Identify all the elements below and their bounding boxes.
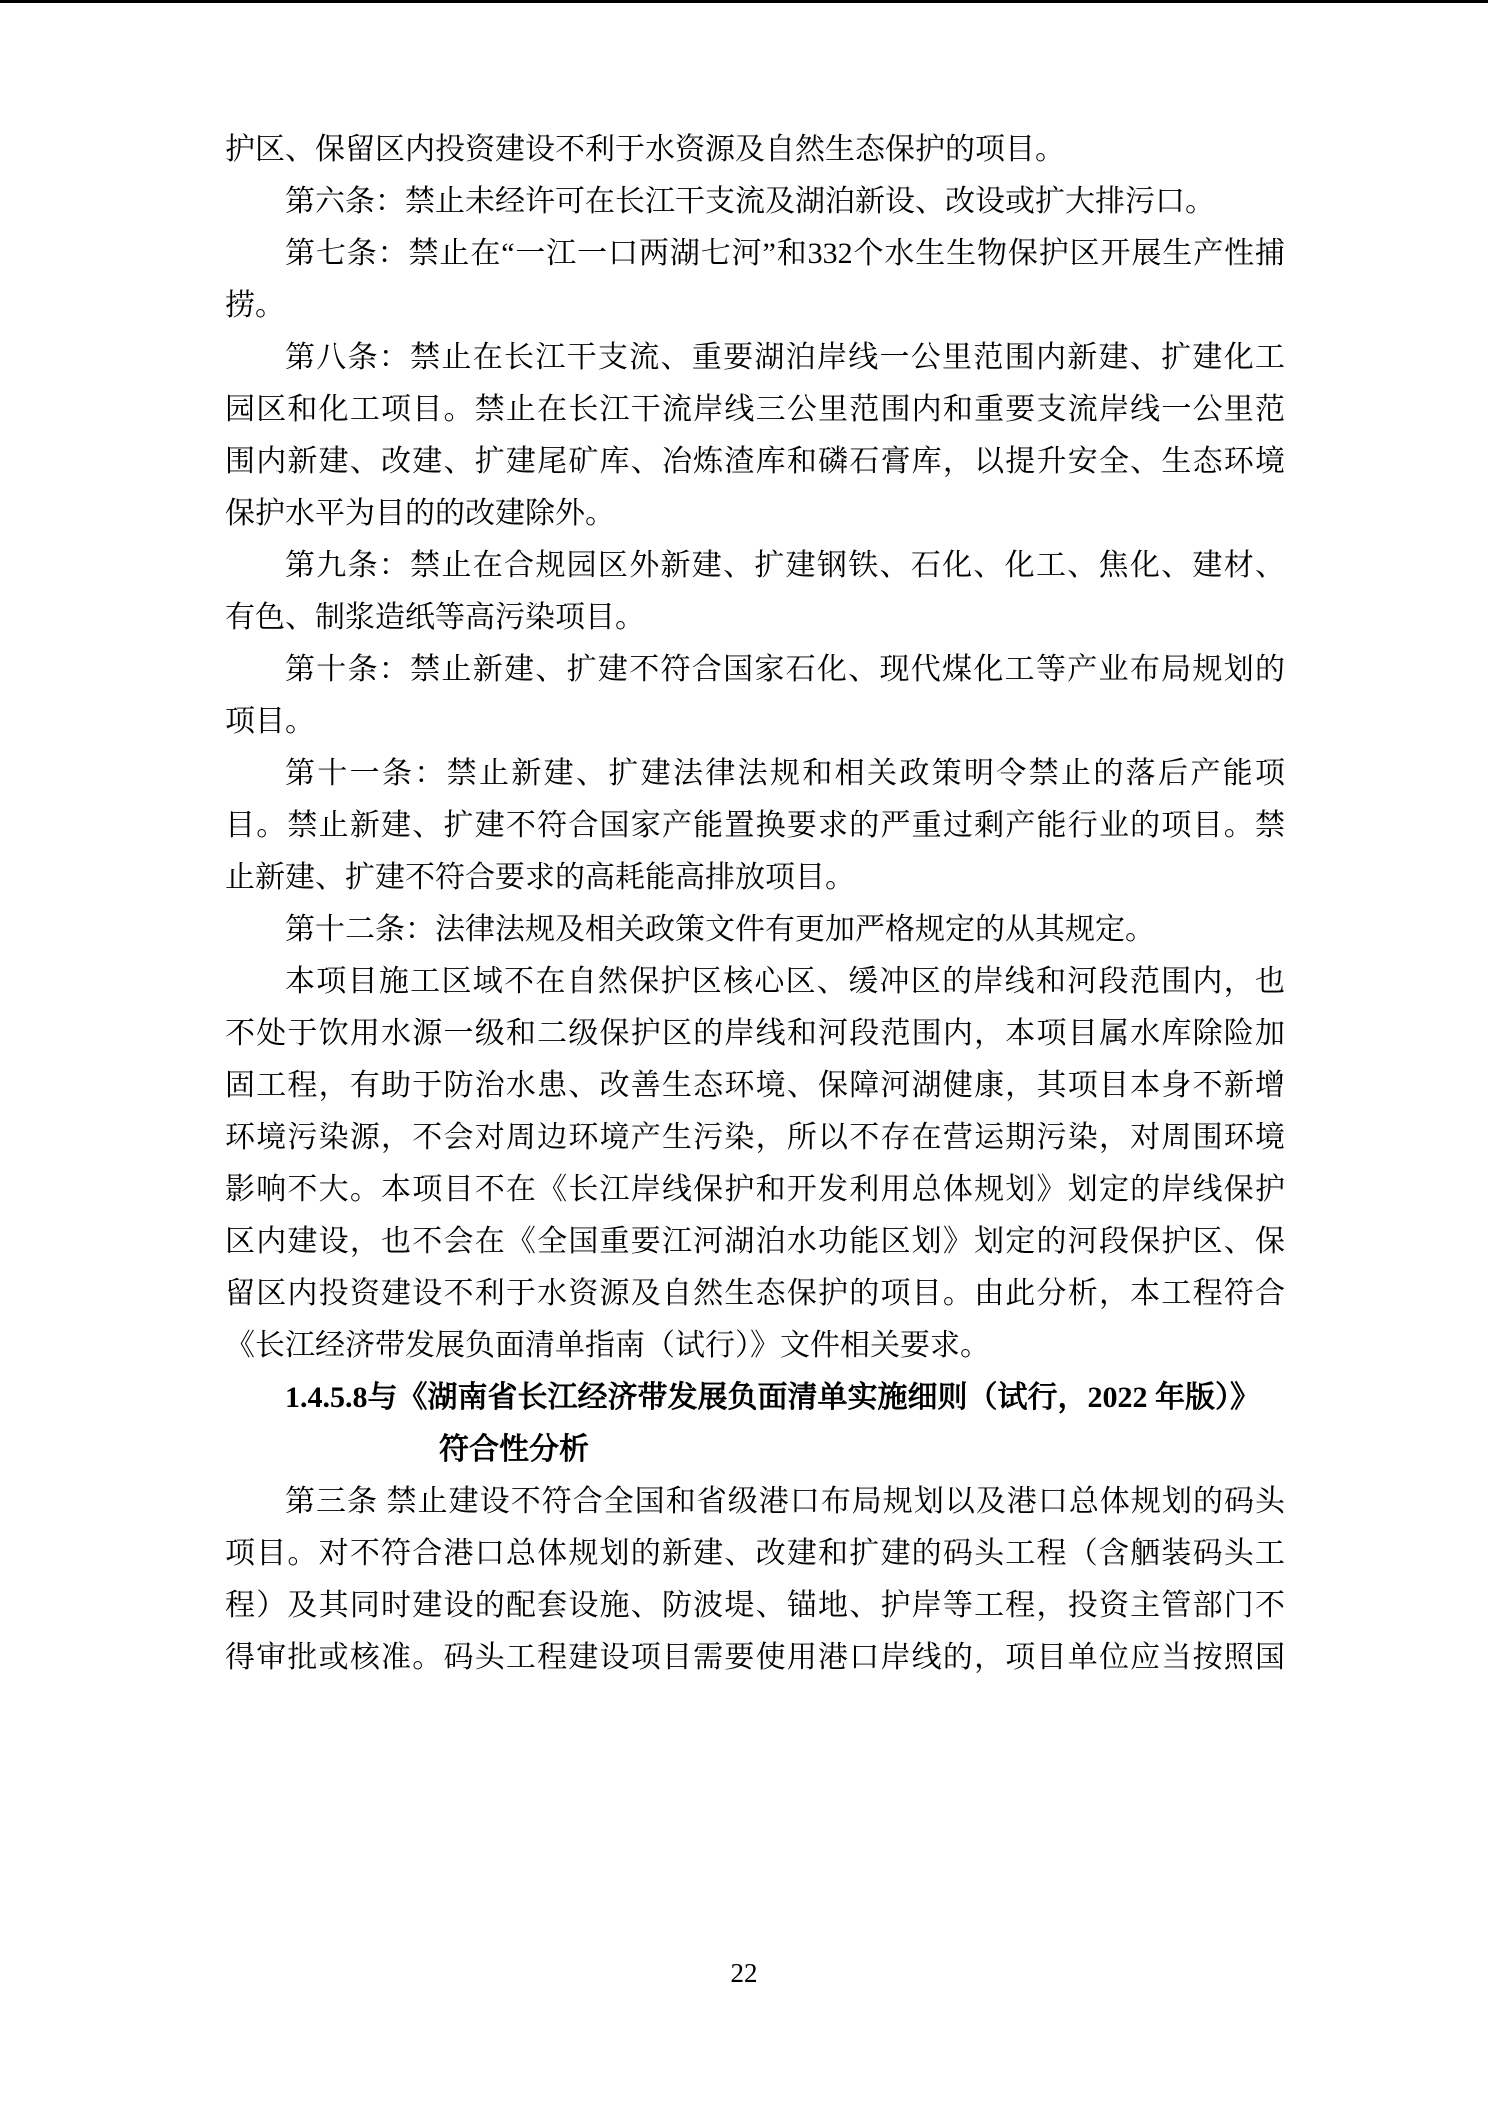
text-line: 区内建设，也不会在《全国重要江河湖泊水功能区划》划定的河段保护区、保 (225, 1216, 1285, 1268)
text-line: 影响不大。本项目不在《长江岸线保护和开发利用总体规划》划定的岸线保护 (225, 1164, 1285, 1216)
text-line: 第十二条：法律法规及相关政策文件有更加严格规定的从其规定。 (225, 904, 1285, 956)
text-line: 捞。 (225, 280, 1285, 332)
text-line: 1.4.5.8与《湖南省长江经济带发展负面清单实施细则（试行，2022 年版）》 (225, 1372, 1285, 1424)
text-line: 得审批或核准。码头工程建设项目需要使用港口岸线的，项目单位应当按照国 (225, 1632, 1285, 1684)
text-line: 第九条：禁止在合规园区外新建、扩建钢铁、石化、化工、焦化、建材、 (225, 540, 1285, 592)
text-line: 第十一条：禁止新建、扩建法律法规和相关政策明令禁止的落后产能项 (225, 748, 1285, 800)
text-line: 固工程，有助于防治水患、改善生态环境、保障河湖健康，其项目本身不新增 (225, 1060, 1285, 1112)
text-line: 保护水平为目的的改建除外。 (225, 488, 1285, 540)
text-line: 不处于饮用水源一级和二级保护区的岸线和河段范围内，本项目属水库除险加 (225, 1008, 1285, 1060)
text-line: 第六条：禁止未经许可在长江干支流及湖泊新设、改设或扩大排污口。 (225, 176, 1285, 228)
text-line: 程）及其同时建设的配套设施、防波堤、锚地、护岸等工程，投资主管部门不 (225, 1580, 1285, 1632)
text-line: 符合性分析 (439, 1424, 1488, 1476)
text-line: 有色、制浆造纸等高污染项目。 (225, 592, 1285, 644)
page-number: 22 (0, 1957, 1488, 1989)
text-line: 护区、保留区内投资建设不利于水资源及自然生态保护的项目。 (225, 124, 1285, 176)
text-line: 第八条：禁止在长江干支流、重要湖泊岸线一公里范围内新建、扩建化工 (225, 332, 1285, 384)
text-line: 目。禁止新建、扩建不符合国家产能置换要求的严重过剩产能行业的项目。禁 (225, 800, 1285, 852)
text-line: 第十条：禁止新建、扩建不符合国家石化、现代煤化工等产业布局规划的 (225, 644, 1285, 696)
document-page: 护区、保留区内投资建设不利于水资源及自然生态保护的项目。第六条：禁止未经许可在长… (0, 0, 1488, 2104)
text-block: 护区、保留区内投资建设不利于水资源及自然生态保护的项目。第六条：禁止未经许可在长… (225, 124, 1285, 1684)
text-line: 园区和化工项目。禁止在长江干流岸线三公里范围内和重要支流岸线一公里范 (225, 384, 1285, 436)
text-line: 环境污染源，不会对周边环境产生污染，所以不存在营运期污染，对周围环境 (225, 1112, 1285, 1164)
text-line: 项目。 (225, 696, 1285, 748)
text-line: 止新建、扩建不符合要求的高耗能高排放项目。 (225, 852, 1285, 904)
top-edge-line (0, 0, 1488, 3)
text-line: 本项目施工区域不在自然保护区核心区、缓冲区的岸线和河段范围内，也 (225, 956, 1285, 1008)
text-line: 第七条：禁止在“一江一口两湖七河”和332个水生生物保护区开展生产性捕 (225, 228, 1285, 280)
text-line: 项目。对不符合港口总体规划的新建、改建和扩建的码头工程（含舾装码头工 (225, 1528, 1285, 1580)
text-line: 《长江经济带发展负面清单指南（试行）》文件相关要求。 (225, 1320, 1285, 1372)
text-line: 围内新建、改建、扩建尾矿库、冶炼渣库和磷石膏库，以提升安全、生态环境 (225, 436, 1285, 488)
text-line: 留区内投资建设不利于水资源及自然生态保护的项目。由此分析，本工程符合 (225, 1268, 1285, 1320)
text-line: 第三条 禁止建设不符合全国和省级港口布局规划以及港口总体规划的码头 (225, 1476, 1285, 1528)
